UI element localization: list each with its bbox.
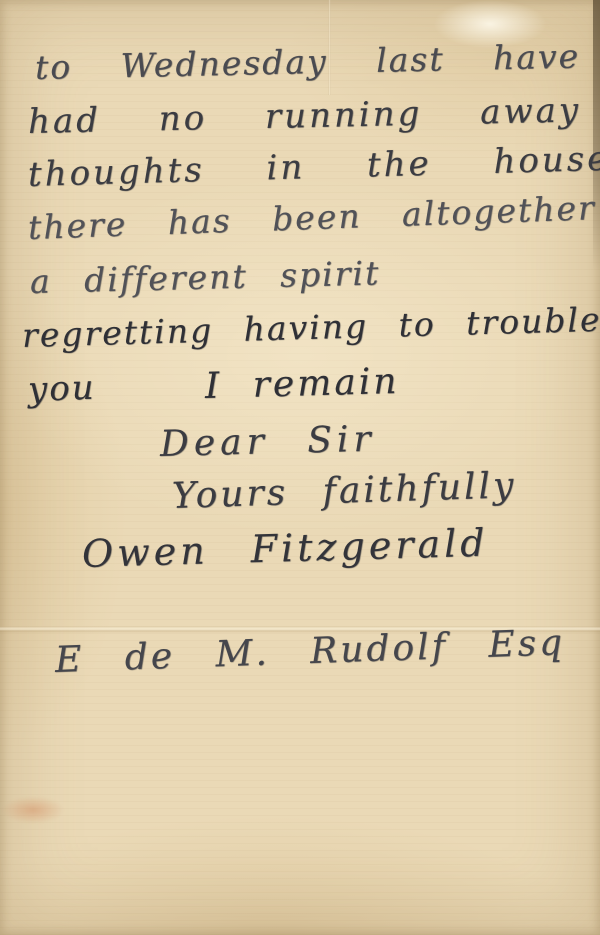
letter-line: a different spirit bbox=[30, 253, 381, 301]
letter-line: you bbox=[27, 368, 96, 410]
signature: Owen Fitzgerald bbox=[81, 521, 489, 576]
letter-line: thoughts in the house bbox=[27, 139, 600, 195]
closing-salutation: Dear Sir bbox=[159, 419, 376, 465]
letter-line: to Wednesday last have bbox=[35, 37, 581, 87]
letter-line: regretting having to trouble bbox=[21, 300, 600, 355]
closing-valediction: Yours faithfully bbox=[171, 465, 517, 517]
dark-scan-edge bbox=[593, 0, 600, 270]
letter-line: had no running away bbox=[28, 90, 582, 142]
letter-page: to Wednesday last have had no running aw… bbox=[0, 0, 600, 935]
letter-line: there has been altogether bbox=[27, 188, 596, 247]
red-ink-smudge bbox=[0, 793, 72, 827]
closing-i-remain: I remain bbox=[204, 361, 399, 407]
